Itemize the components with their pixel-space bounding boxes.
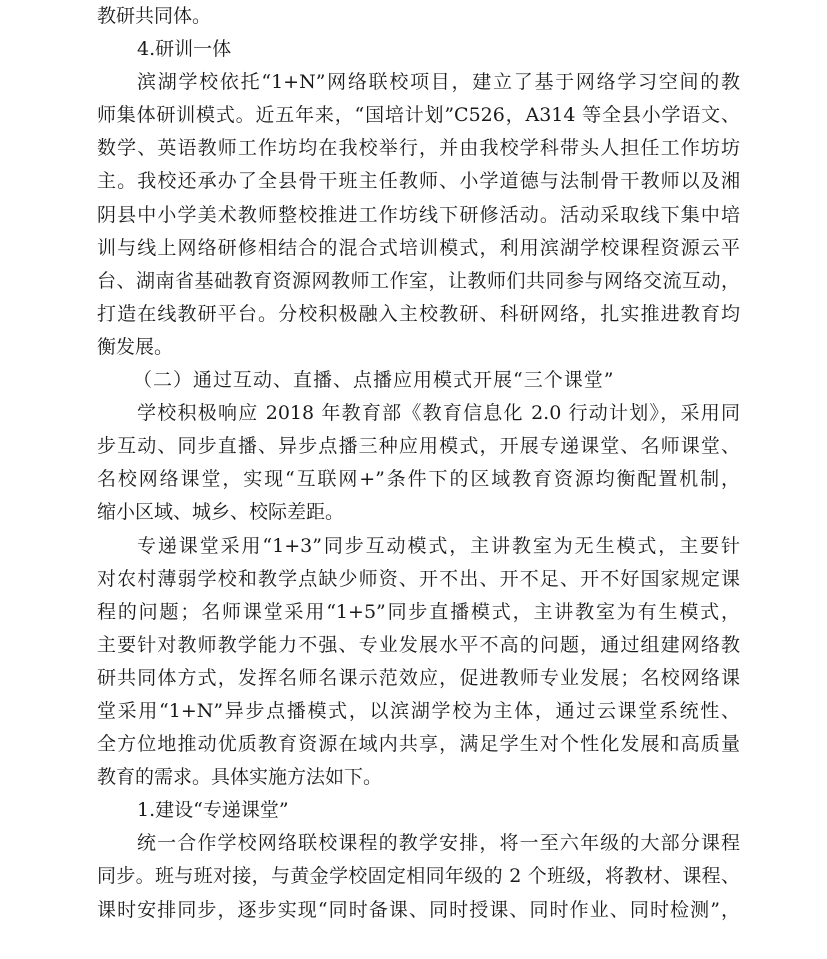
- text-line: 衡发展。: [97, 331, 740, 364]
- text-line: 研共同体方式，发挥名师名课示范效应，促进教师专业发展；名校网络课: [97, 662, 740, 695]
- text-line: 程的问题；名师课堂采用“1+5”同步直播模式，主讲教室为有生模式，: [97, 596, 740, 629]
- text-line: 教育的需求。具体实施方法如下。: [97, 761, 740, 794]
- text-line: 训与线上网络研修相结合的混合式培训模式，利用滨湖学校课程资源云平: [97, 232, 740, 265]
- text-line: 缩小区域、城乡、校际差距。: [97, 496, 740, 529]
- text-line: 主要针对教师教学能力不强、专业发展水平不高的问题，通过组建网络教: [97, 629, 740, 662]
- text-line: 对农村薄弱学校和教学点缺少师资、开不出、开不足、开不好国家规定课: [97, 563, 740, 596]
- text-line: 打造在线教研平台。分校积极融入主校教研、科研网络，扎实推进教育均: [97, 298, 740, 331]
- text-line: 教研共同体。: [97, 0, 740, 33]
- document-page: 教研共同体。 4.研训一体 滨湖学校依托“1+N”网络联校项目，建立了基于网络学…: [97, 0, 740, 927]
- section-heading-1: 1.建设“专递课堂”: [97, 794, 740, 827]
- text-line: 同步。班与班对接，与黄金学校固定相同年级的 2 个班级，将教材、课程、: [97, 860, 740, 893]
- text-line: 师集体研训模式。近五年来，“国培计划”C526，A314 等全县小学语文、: [97, 99, 740, 132]
- text-line: 学校积极响应 2018 年教育部《教育信息化 2.0 行动计划》，采用同: [97, 397, 740, 430]
- section-heading-4: 4.研训一体: [97, 33, 740, 66]
- text-line: 全方位地推动优质教育资源在域内共享，满足学生对个性化发展和高质量: [97, 728, 740, 761]
- text-line: 数学、英语教师工作坊均在我校举行，并由我校学科带头人担任工作坊坊: [97, 132, 740, 165]
- text-line: 滨湖学校依托“1+N”网络联校项目，建立了基于网络学习空间的教: [97, 66, 740, 99]
- text-line: 课时安排同步，逐步实现“同时备课、同时授课、同时作业、同时检测”，: [97, 894, 740, 927]
- text-line: 堂采用“1+N”异步点播模式，以滨湖学校为主体，通过云课堂系统性、: [97, 695, 740, 728]
- section-heading-2: （二）通过互动、直播、点播应用模式开展“三个课堂”: [97, 364, 740, 397]
- text-line: 主。我校还承办了全县骨干班主任教师、小学道德与法制骨干教师以及湘: [97, 165, 740, 198]
- text-line: 名校网络课堂，实现“互联网+”条件下的区域教育资源均衡配置机制，: [97, 463, 740, 496]
- text-line: 阴县中小学美术教师整校推进工作坊线下研修活动。活动采取线下集中培: [97, 199, 740, 232]
- text-line: 台、湖南省基础教育资源网教师工作室，让教师们共同参与网络交流互动，: [97, 265, 740, 298]
- text-line: 专递课堂采用“1+3”同步互动模式，主讲教室为无生模式，主要针: [97, 530, 740, 563]
- text-line: 步互动、同步直播、异步点播三种应用模式，开展专递课堂、名师课堂、: [97, 430, 740, 463]
- text-line: 统一合作学校网络联校课程的教学安排，将一至六年级的大部分课程: [97, 827, 740, 860]
